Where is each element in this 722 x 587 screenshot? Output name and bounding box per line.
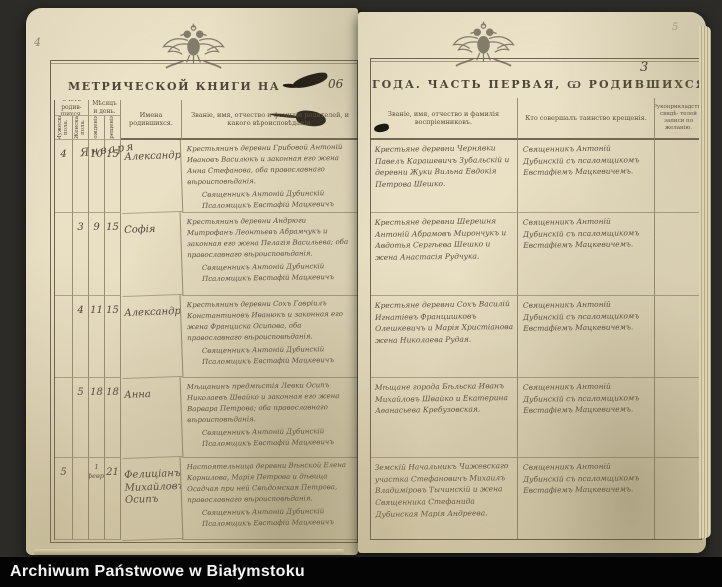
clergy-signature: Священникъ Антоній Дубинскій Псаломщикъ … <box>187 506 354 530</box>
parents-cell: Крестьянинъ деревни Андрюги Митрофанъ Ле… <box>182 213 358 296</box>
parents-cell: Крестьянинъ деревни Сохъ Гавріилъ Конста… <box>182 296 358 378</box>
parents-entry: Мѣщанинъ предмѣстія Левки Осипъ Николаев… <box>187 380 355 426</box>
folio-number-ink: 3 <box>640 60 648 75</box>
priest-cell: Священникъ Антоній Дубинскій съ псаломщи… <box>518 296 655 378</box>
count-female-cell: 4 <box>73 296 89 378</box>
priest-cell: Священникъ Антоній Дубинскій съ псаломщи… <box>518 378 655 458</box>
born-day-cell: 11 <box>89 296 105 378</box>
header-date-group: Мѣсяцъ и день. <box>89 100 121 116</box>
header-count-male: Мужеска пола. <box>55 116 73 140</box>
godparents-entry: Крестьяне деревни Шерешня Антоній Абрамо… <box>375 215 514 263</box>
witnesses-cell <box>655 296 702 378</box>
count-male-cell: 5 <box>55 458 73 540</box>
priest-entry: Священникъ Антоній Дубинскій съ псаломщи… <box>523 298 650 335</box>
count-female-cell: 5 <box>73 378 89 458</box>
baptized-day-cell: 15 <box>105 213 121 296</box>
page-bottom-edge <box>34 549 344 555</box>
priest-entry: Священникъ Антоній Дубинскій съ псаломщи… <box>523 215 650 252</box>
clergy-signature: Священникъ Антоній Дубинскій Псаломщикъ … <box>187 426 354 450</box>
name-cell: Софія <box>120 212 184 297</box>
header-count-group: Счетъ родив- шихся. <box>55 100 89 116</box>
count-female-cell: 3 <box>73 213 89 296</box>
parents-entry: Настоятельница деревни Вѣнской Елена Кор… <box>187 460 355 506</box>
folio-number-pencil-left: 4 <box>34 36 41 49</box>
count-male-cell: 4 <box>55 140 73 213</box>
priest-cell: Священникъ Антоній Дубинскій съ псаломщи… <box>518 458 655 540</box>
priest-cell: Священникъ Антоній Дубинскій съ псаломщи… <box>518 140 655 213</box>
godparents-entry: Крестьяне деревни Сохъ Василій Игнатіевъ… <box>375 298 514 346</box>
godparents-entry: Крестьяне деревни Чернявки Павелъ Караше… <box>375 142 514 190</box>
godparents-cell: Крестьяне деревни Сохъ Василій Игнатіевъ… <box>370 296 518 378</box>
header-names: Имена родившихся. <box>121 100 182 140</box>
register-title-right: ГОДА. ЧАСТЬ ПЕРВАЯ, Ѡ РОДИВШИХСЯ. <box>372 78 713 91</box>
name-cell: Фелиціанъ Михайловъ Осипъ <box>120 457 184 541</box>
godparents-cell: Мѣщане города Бѣльска Иванъ Михайловъ Шв… <box>370 378 518 458</box>
header-date-born: рожденія. <box>89 116 105 140</box>
register-title-left: МЕТРИЧЕСКОЙ КНИГИ НА <box>68 80 280 93</box>
priest-cell: Священникъ Антоній Дубинскій съ псаломщи… <box>518 213 655 296</box>
parents-entry: Крестьянинъ деревни Сохъ Гавріилъ Конста… <box>187 298 355 344</box>
births-table-left: Счетъ родив- шихся. Мѣсяцъ и день. Имена… <box>54 100 358 540</box>
godparents-entry: Земскій Начальникъ Чижевскаго участка Ст… <box>375 460 514 520</box>
header-date-baptized: крещенія. <box>105 116 121 140</box>
parents-entry: Крестьянинъ деревни Андрюги Митрофанъ Ле… <box>187 215 355 261</box>
witnesses-cell <box>655 458 702 540</box>
baptized-day-cell: 21 <box>105 458 121 540</box>
folio-number-pencil-right: 5 <box>672 22 678 33</box>
clergy-signature: Священникъ Антоній Дубинскій Псаломщикъ … <box>187 261 354 285</box>
baptized-day-cell: 15 <box>105 296 121 378</box>
count-male-cell <box>55 213 73 296</box>
clergy-signature: Священникъ Антоній Дубинскій Псаломщикъ … <box>187 344 354 368</box>
witnesses-cell <box>655 140 702 213</box>
born-day-cell: 18 <box>89 378 105 458</box>
header-priest: Кто совершалъ таинство крещенія. <box>518 98 655 140</box>
photo-of-register-book: 4 МЕТРИЧЕСКОЙ КНИГИ НА 06 Января <box>0 0 722 587</box>
archive-caption-bar: Archiwum Państwowe w Białymstoku <box>0 557 722 587</box>
handwritten-year: 06 <box>328 77 343 91</box>
count-male-cell <box>55 296 73 378</box>
godparents-cell: Крестьяне деревни Чернявки Павелъ Караше… <box>370 140 518 213</box>
priest-entry: Священникъ Антоній Дубинскій съ псаломщи… <box>523 460 650 497</box>
count-male-cell <box>55 378 73 458</box>
godparents-cell: Крестьяне деревни Шерешня Антоній Абрамо… <box>370 213 518 296</box>
priest-entry: Священникъ Антоній Дубинскій съ псаломщи… <box>523 380 650 417</box>
name-cell: Анна <box>120 377 184 459</box>
priest-entry: Священникъ Антоній Дубинскій съ псаломщи… <box>523 142 650 179</box>
name-cell: Александра <box>120 295 184 379</box>
witnesses-cell <box>655 378 702 458</box>
archive-name-label: Archiwum Państwowe w Białymstoku <box>10 563 305 580</box>
godparents-entry: Мѣщане города Бѣльска Иванъ Михайловъ Шв… <box>375 380 513 417</box>
right-page: 5 ГОДА. ЧАСТЬ ПЕРВАЯ, Ѡ РОДИВШИХСЯ. 3 <box>358 12 706 553</box>
count-female-cell <box>73 458 89 540</box>
parents-cell: Крестьянинъ деревни Грибовой Антоній Ива… <box>182 140 358 213</box>
header-count-female: Женска пола. <box>73 116 89 140</box>
born-day-cell: 9 <box>89 213 105 296</box>
godparents-cell: Земскій Начальникъ Чижевскаго участка Ст… <box>370 458 518 540</box>
witnesses-cell <box>655 213 702 296</box>
baptized-day-cell: 18 <box>105 378 121 458</box>
header-godparents: Званіе, имя, отчество и фамилія воспріем… <box>370 98 518 140</box>
header-witnesses: Рукоприкладство свидѣ- телей записи по ж… <box>655 98 702 140</box>
header-parents: Званіе, имя, отчество и фамилія родителе… <box>182 100 358 140</box>
born-day-cell: 1 февр. <box>89 458 105 540</box>
parents-cell: Настоятельница деревни Вѣнской Елена Кор… <box>182 458 358 540</box>
stacked-page-edges <box>699 26 711 538</box>
clergy-signature: Священникъ Антоній Дубинскій Псаломщикъ … <box>187 188 354 212</box>
parents-entry: Крестьянинъ деревни Грибовой Антоній Ива… <box>187 142 355 188</box>
births-table-right: Званіе, имя, отчество и фамилія воспріем… <box>370 98 702 540</box>
left-page: 4 МЕТРИЧЕСКОЙ КНИГИ НА 06 Января <box>26 8 358 555</box>
parents-cell: Мѣщанинъ предмѣстія Левки Осипъ Николаев… <box>182 378 358 458</box>
